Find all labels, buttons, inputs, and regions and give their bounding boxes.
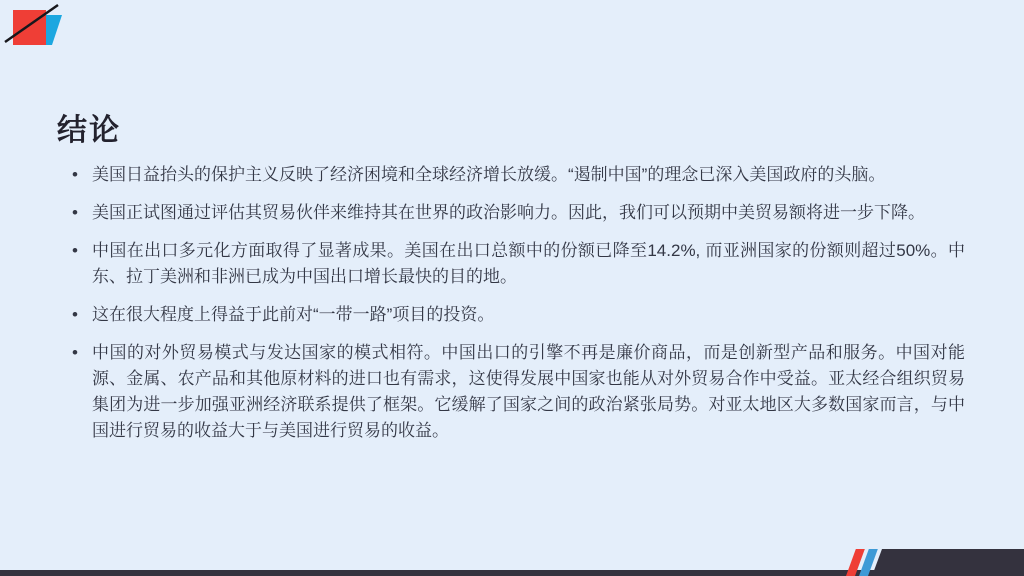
bullet-item: • 中国在出口多元化方面取得了显著成果。美国在出口总额中的份额已降至14.2%,… bbox=[57, 238, 965, 290]
bullet-text: 美国正试图通过评估其贸易伙伴来维持其在世界的政治影响力。因此，我们可以预期中美贸… bbox=[92, 203, 925, 222]
page-title: 结论 bbox=[57, 105, 121, 149]
bullet-item: • 中国的对外贸易模式与发达国家的模式相符。中国出口的引擎不再是廉价商品，而是创… bbox=[57, 340, 965, 444]
bullet-marker: • bbox=[72, 340, 78, 366]
footer-bar bbox=[0, 570, 1024, 576]
bullet-marker: • bbox=[72, 302, 78, 328]
bullet-text: 中国的对外贸易模式与发达国家的模式相符。中国出口的引擎不再是廉价商品，而是创新型… bbox=[92, 343, 965, 440]
logo-red-square bbox=[13, 10, 46, 45]
bullet-text: 这在很大程度上得益于此前对“一带一路”项目的投资。 bbox=[92, 305, 494, 324]
bullet-item: • 美国日益抬头的保护主义反映了经济困境和全球经济增长放缓。“遏制中国”的理念已… bbox=[57, 162, 965, 188]
bullet-marker: • bbox=[72, 200, 78, 226]
bullet-item: • 这在很大程度上得益于此前对“一带一路”项目的投资。 bbox=[57, 302, 965, 328]
bullet-text: 美国日益抬头的保护主义反映了经济困境和全球经济增长放缓。“遏制中国”的理念已深入… bbox=[92, 165, 885, 184]
bullet-list: • 美国日益抬头的保护主义反映了经济困境和全球经济增长放缓。“遏制中国”的理念已… bbox=[57, 162, 965, 456]
footer-corner-wedge bbox=[872, 549, 1024, 576]
bullet-marker: • bbox=[72, 162, 78, 188]
bullet-marker: • bbox=[72, 238, 78, 264]
brand-logo bbox=[0, 0, 70, 55]
bullet-item: • 美国正试图通过评估其贸易伙伴来维持其在世界的政治影响力。因此，我们可以预期中… bbox=[57, 200, 965, 226]
bullet-text: 中国在出口多元化方面取得了显著成果。美国在出口总额中的份额已降至14.2%, 而… bbox=[92, 241, 965, 286]
brand-logo-icon bbox=[0, 0, 70, 55]
